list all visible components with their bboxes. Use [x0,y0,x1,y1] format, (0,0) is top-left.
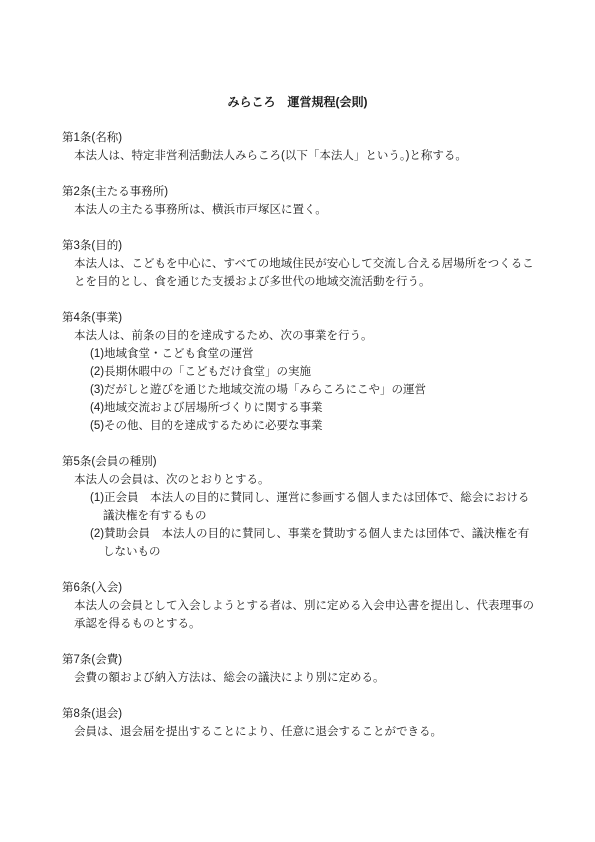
article-list-item: (1)正会員 本法人の目的に賛同し、運営に参画する個人または団体で、総会における [62,489,595,507]
article-list-item: (5)その他、目的を達成するために必要な事業 [62,417,595,435]
article-line: 本法人は、特定非営利活動法人みらころ(以下「本法人」という。)と称する。 [62,147,595,165]
article-1: 第1条(名称) 本法人は、特定非営利活動法人みらころ(以下「本法人」という。)と… [62,129,595,165]
article-heading: 第6条(入会) [62,579,595,597]
article-list-item: (1)地域食堂・こども食堂の運営 [62,345,595,363]
article-line: 本法人の会員は、次のとおりとする。 [62,471,595,489]
article-6: 第6条(入会) 本法人の会員として入会しようとする者は、別に定める入会申込書を提… [62,579,595,633]
article-line: 承認を得るものとする。 [62,615,595,633]
article-heading: 第1条(名称) [62,129,595,147]
article-list-item: (3)だがしと遊びを通じた地域交流の場「みらころにこや」の運営 [62,381,595,399]
article-2: 第2条(主たる事務所) 本法人の主たる事務所は、横浜市戸塚区に置く。 [62,183,595,219]
article-line: 本法人は、こどもを中心に、すべての地域住民が安心して交流し合える居場所をつくるこ [62,255,595,273]
article-line: 本法人の主たる事務所は、横浜市戸塚区に置く。 [62,201,595,219]
article-4: 第4条(事業) 本法人は、前条の目的を達成するため、次の事業を行う。 (1)地域… [62,309,595,435]
article-line: 本法人は、前条の目的を達成するため、次の事業を行う。 [62,327,595,345]
article-line: 本法人の会員として入会しようとする者は、別に定める入会申込書を提出し、代表理事の [62,597,595,615]
article-heading: 第2条(主たる事務所) [62,183,595,201]
article-8: 第8条(退会) 会員は、退会届を提出することにより、任意に退会することができる。 [62,705,595,741]
article-7: 第7条(会費) 会費の額および納入方法は、総会の議決により別に定める。 [62,651,595,687]
article-heading: 第8条(退会) [62,705,595,723]
document-page: みらころ 運営規程(会則) 第1条(名称) 本法人は、特定非営利活動法人みらころ… [0,0,595,842]
article-line: とを目的とし、食を通じた支援および多世代の地域交流活動を行う。 [62,273,595,291]
article-3: 第3条(目的) 本法人は、こどもを中心に、すべての地域住民が安心して交流し合える… [62,237,595,291]
article-list-item: (2)長期休暇中の「こどもだけ食堂」の実施 [62,363,595,381]
article-list-item-continuation: 議決権を有するもの [62,507,595,525]
document-body: みらころ 運営規程(会則) 第1条(名称) 本法人は、特定非営利活動法人みらころ… [0,0,595,741]
article-list-item: (4)地域交流および居場所づくりに関する事業 [62,399,595,417]
article-list-item-continuation: しないもの [62,543,595,561]
article-heading: 第5条(会員の種別) [62,453,595,471]
article-5: 第5条(会員の種別) 本法人の会員は、次のとおりとする。 (1)正会員 本法人の… [62,453,595,561]
article-line: 会員は、退会届を提出することにより、任意に退会することができる。 [62,723,595,741]
page-title: みらころ 運営規程(会則) [62,93,533,111]
article-line: 会費の額および納入方法は、総会の議決により別に定める。 [62,669,595,687]
article-heading: 第4条(事業) [62,309,595,327]
article-heading: 第3条(目的) [62,237,595,255]
article-list-item: (2)賛助会員 本法人の目的に賛同し、事業を賛助する個人または団体で、議決権を有 [62,525,595,543]
article-heading: 第7条(会費) [62,651,595,669]
